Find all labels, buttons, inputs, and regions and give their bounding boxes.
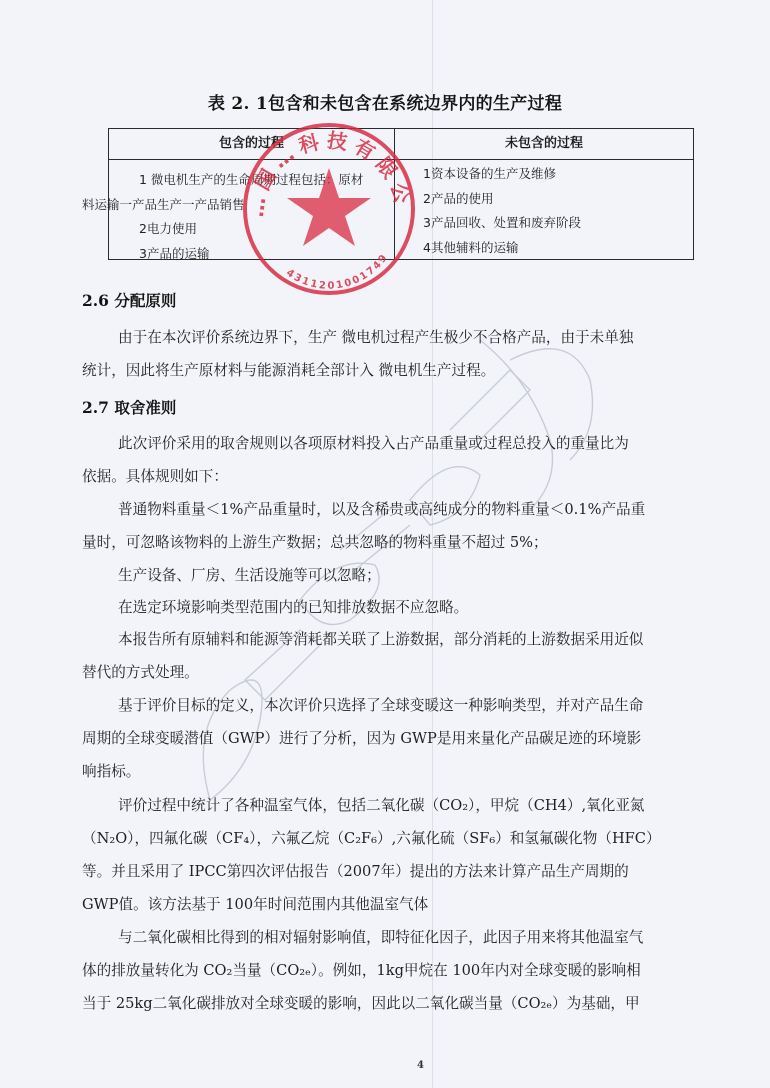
included-item: 3产品的运输 — [109, 242, 394, 267]
paragraph-line: 当于 25kg二氧化碳排放对全球变暖的影响，因此以二氧化碳当量（CO₂ₑ）为基础… — [82, 994, 722, 1014]
excluded-items: 1资本设备的生产及维修 2产品的使用 3产品回收、处置和废弃阶段 4其他辅料的运… — [395, 160, 693, 260]
section-heading-2-7: 2.7 取舍准则 — [82, 396, 176, 418]
paragraph-line: 本报告所有原辅料和能源等消耗都关联了上游数据，部分消耗的上游数据采用近似 — [118, 630, 722, 650]
excluded-item: 2产品的使用 — [423, 187, 693, 212]
paragraph-line: 周期的全球变暖潜值（GWP）进行了分析，因为 GWP是用来量化产品碳足迹的环境影 — [82, 729, 722, 749]
excluded-item: 1资本设备的生产及维修 — [423, 162, 693, 187]
table-title: 表 2. 1包含和未包含在系统边界内的生产过程 — [0, 89, 770, 114]
included-column: 包含的过程 1 微电机生产的生命周期过程包括：原材 料运输一产品生产一产品销售 … — [109, 129, 394, 259]
paragraph-line: （N₂O），四氟化碳（CF₄），六氟乙烷（C₂F₆）,六氟化硫（SF₆）和氢氟碳… — [82, 829, 722, 849]
process-boundary-table: 包含的过程 1 微电机生产的生命周期过程包括：原材 料运输一产品生产一产品销售 … — [108, 128, 694, 260]
excluded-column: 未包含的过程 1资本设备的生产及维修 2产品的使用 3产品回收、处置和废弃阶段 … — [394, 129, 693, 259]
included-item: 2电力使用 — [109, 217, 394, 242]
paragraph-line: 与二氧化碳相比得到的相对辐射影响值，即特征化因子，此因子用来将其他温室气 — [118, 928, 722, 948]
paragraph-line: 基于评价目标的定义，本次评价只选择了全球变暖这一种影响类型，并对产品生命 — [118, 696, 722, 716]
paragraph-line: 统计，因此将生产原材料与能源消耗全部计入 微电机生产过程。 — [82, 361, 722, 381]
included-item-continuation: 料运输一产品生产一产品销售 — [82, 193, 394, 218]
included-item: 1 微电机生产的生命周期过程包括：原材 — [109, 168, 394, 193]
paragraph-line: 由于在本次评价系统边界下，生产 微电机过程产生极少不合格产品，由于未单独 — [118, 328, 722, 348]
paragraph-line: 评价过程中统计了各种温室气体，包括二氧化碳（CO₂），甲烷（CH4）,氧化亚氮 — [118, 796, 722, 816]
excluded-header: 未包含的过程 — [395, 129, 693, 160]
paragraph-line: 此次评价采用的取舍规则以各项原材料投入占产品重量或过程总投入的重量比为 — [118, 434, 722, 454]
section-heading-2-6: 2.6 分配原则 — [82, 289, 176, 311]
page-number: 4 — [417, 1060, 424, 1071]
paragraph-line: 普通物料重量＜1%产品重量时，以及含稀贵或高纯成分的物料重量＜0.1%产品重 — [118, 500, 722, 520]
included-header: 包含的过程 — [109, 129, 394, 160]
excluded-item: 3产品回收、处置和废弃阶段 — [423, 211, 693, 236]
paragraph-line: 量时，可忽略该物料的上游生产数据；总共忽略的物料重量不超过 5%； — [82, 533, 722, 553]
paragraph-line: 生产设备、厂房、生活设施等可以忽略； — [118, 566, 722, 586]
paragraph-line: 等。并且采用了 IPCC第四次评估报告（2007年）提出的方法来计算产品生产周期… — [82, 862, 722, 882]
included-items: 1 微电机生产的生命周期过程包括：原材 料运输一产品生产一产品销售 2电力使用 … — [109, 160, 394, 266]
paragraph-line: 依据。具体规则如下： — [82, 467, 722, 487]
excluded-item: 4其他辅料的运输 — [423, 236, 693, 261]
paragraph-line: GWP值。该方法基于 100年时间范围内其他温室气体 — [82, 895, 722, 915]
document-page: 表 2. 1包含和未包含在系统边界内的生产过程 包含的过程 1 微电机生产的生命… — [0, 0, 770, 1088]
paragraph-line: 在选定环境影响类型范围内的已知排放数据不应忽略。 — [118, 598, 722, 618]
paragraph-line: 响指标。 — [82, 762, 722, 782]
paragraph-line: 替代的方式处理。 — [82, 663, 722, 683]
paragraph-line: 体的排放量转化为 CO₂当量（CO₂ₑ）。例如，1kg甲烷在 100年内对全球变… — [82, 961, 722, 981]
